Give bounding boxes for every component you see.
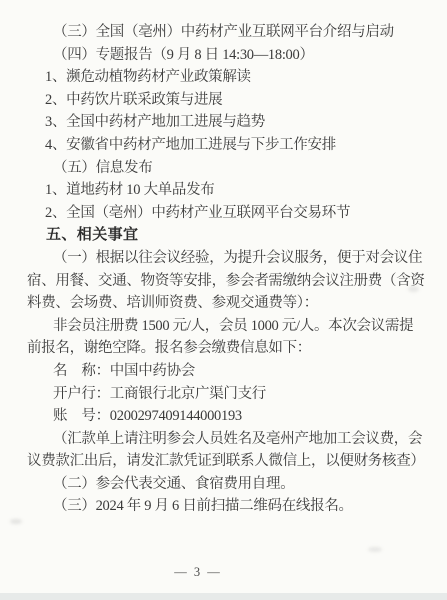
scanned-document-page: （三）全国（亳州）中药材产业互联网平台介绍与启动 （四）专题报告（9 月 8 日…: [0, 0, 447, 600]
scan-speck: [368, 547, 382, 552]
doc-line-info-item-2: 2、全国（亳州）中药材产业互联网平台交易环节: [27, 202, 431, 225]
doc-line-matters-1b: 宿、用餐、交通、物资等安排，参会者需缴纳会议注册费（含资: [27, 270, 431, 293]
doc-line-remittance-note-a: （汇款单上请注明参会人员姓名及亳州产地加工会议费，会: [27, 428, 431, 451]
doc-line-report-item-2: 2、中药饮片联采政策与进展: [27, 89, 431, 112]
scan-speck: [10, 519, 22, 524]
doc-line-matters-1a: （一）根据以往会议经验，为提升会议服务，便于对会议住: [27, 247, 431, 270]
doc-line-report-item-4: 4、安徽省中药材产地加工进展与下步工作安排: [27, 134, 431, 157]
scan-page-bottom-edge: [0, 593, 447, 600]
doc-line-agenda-heading-3: （三）全国（亳州）中药材产业互联网平台介绍与启动: [27, 21, 431, 44]
doc-line-matters-2: （二）参会代表交通、食宿费用自理。: [27, 473, 431, 496]
doc-line-report-item-3: 3、全国中药材产地加工进展与趋势: [27, 111, 431, 134]
doc-line-account-number: 账 号：0200297409144000193: [27, 405, 431, 428]
doc-line-matters-3: （三）2024 年 9 月 6 日前扫描二维码在线报名。: [27, 495, 431, 518]
doc-line-agenda-heading-5: （五）信息发布: [27, 157, 431, 180]
doc-line-info-item-1: 1、道地药材 10 大单品发布: [27, 179, 431, 202]
doc-line-agenda-heading-4: （四）专题报告（9 月 8 日 14:30—18:00）: [27, 44, 431, 67]
doc-line-account-name: 名 称：中国中药协会: [27, 360, 431, 383]
doc-line-fee-info-b: 前报名，谢绝空降。报名参会缴费信息如下：: [27, 337, 431, 360]
doc-line-report-item-1: 1、濒危动植物药材产业政策解读: [27, 66, 431, 89]
page-number: — 3 —: [0, 565, 396, 580]
doc-line-bank-branch: 开户行：工商银行北京广渠门支行: [27, 383, 431, 406]
doc-line-remittance-note-b: 议费款汇出后，请发汇款凭证到联系人微信上，以便财务核查）: [27, 450, 431, 473]
document-body: （三）全国（亳州）中药材产业互联网平台介绍与启动 （四）专题报告（9 月 8 日…: [0, 0, 447, 518]
doc-line-matters-1c: 料费、会场费、培训师资费、参观交通费等）：: [27, 292, 431, 315]
doc-line-fee-info-a: 非会员注册费 1500 元/人，会员 1000 元/人。本次会议需提: [27, 315, 431, 338]
section-heading-matters: 五、相关事宜: [27, 224, 431, 247]
